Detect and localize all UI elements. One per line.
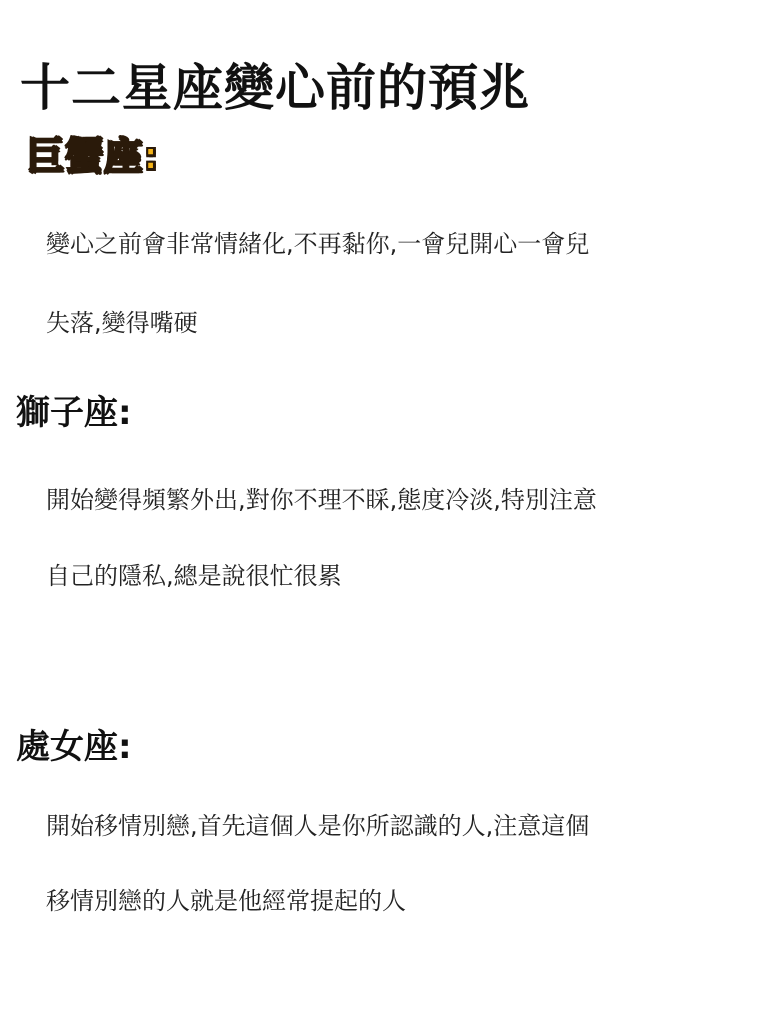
description-line: 移情別戀的人就是他經常提起的人	[46, 884, 406, 918]
description-line: 失落,變得嘴硬	[46, 306, 198, 340]
description-line: 開始變得頻繁外出,對你不理不睬,態度冷淡,特別注意	[46, 483, 597, 517]
sign-heading-leo: 獅子座:	[16, 391, 132, 435]
sign-heading-cancer: 巨蟹座:	[26, 134, 159, 178]
page-title: 十二星座變心前的預兆	[20, 56, 530, 120]
description-line: 變心之前會非常情緒化,不再黏你,一會兒開心一會兒	[46, 227, 589, 261]
sign-heading-virgo: 處女座:	[16, 725, 132, 769]
description-line: 開始移情別戀,首先這個人是你所認識的人,注意這個	[46, 809, 589, 843]
description-line: 自己的隱私,總是說很忙很累	[46, 559, 342, 593]
